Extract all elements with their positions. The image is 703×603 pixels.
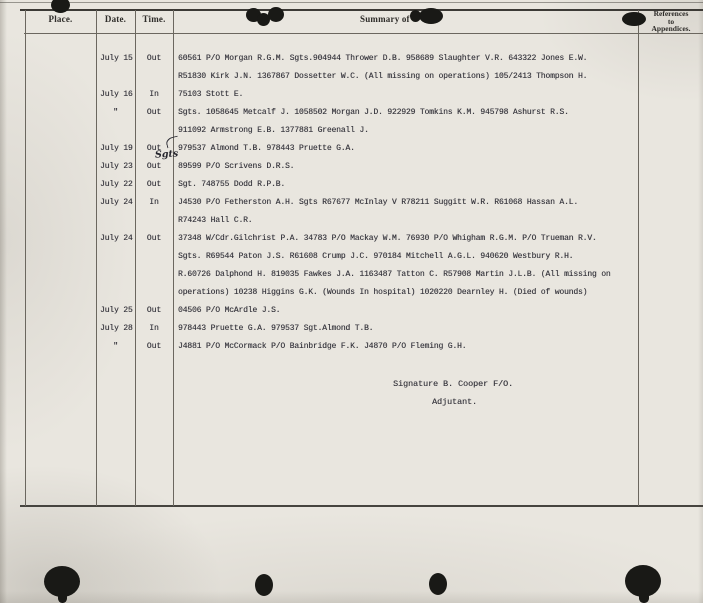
entry-date-cell: July 22 <box>100 176 134 194</box>
entry-text-line: 89599 P/O Scrivens D.R.S. <box>178 158 703 176</box>
punch-hole-stain <box>58 593 67 603</box>
adjutant-line: Adjutant. <box>432 397 477 407</box>
entry-summary: 979537 Almond T.B. 978443 Pruette G.A. <box>178 140 703 158</box>
entry-time-cell: Out <box>135 104 173 122</box>
entry-text-line: 75103 Stott E. <box>178 86 703 104</box>
entry-summary: 89599 P/O Scrivens D.R.S. <box>178 158 703 176</box>
entry-row: July 28In978443 Pruette G.A. 979537 Sgt.… <box>0 320 703 338</box>
entry-date-cell: " <box>96 104 135 122</box>
entry-text-line: R51830 Kirk J.N. 1367867 Dossetter W.C. … <box>178 68 703 86</box>
table-border-top <box>20 9 703 11</box>
entry-summary: 37348 W/Cdr.Gilchrist P.A. 34783 P/O Mac… <box>178 230 703 302</box>
entry-text-line: 978443 Pruette G.A. 979537 Sgt.Almond T.… <box>178 320 703 338</box>
entry-text-line: R74243 Hall C.R. <box>178 212 703 230</box>
entry-summary: 04506 P/O McArdle J.S. <box>178 302 703 320</box>
entry-row: July 23Out89599 P/O Scrivens D.R.S. <box>0 158 703 176</box>
entry-row: July 22OutSgt. 748755 Dodd R.P.B. <box>0 176 703 194</box>
entry-date-cell: July 24 <box>100 194 134 212</box>
entry-date-cell: July 23 <box>100 158 134 176</box>
table-border-bottom <box>20 505 703 507</box>
column-header-time: Time. <box>135 14 173 24</box>
entries: July 15Out60561 P/O Morgan R.G.M. Sgts.9… <box>0 50 703 356</box>
entry-row: July 16In75103 Stott E. <box>0 86 703 104</box>
entry-time-cell: Out <box>135 50 173 68</box>
entry-time-cell: Out <box>135 230 173 248</box>
entry-text-line: operations) 10238 Higgins G.K. (Wounds I… <box>178 284 703 302</box>
entry-date-cell: July 25 <box>100 302 134 320</box>
entry-text-line: J4530 P/O Fetherston A.H. Sgts R67677 Mc… <box>178 194 703 212</box>
entry-text-line: Sgt. 748755 Dodd R.P.B. <box>178 176 703 194</box>
column-header-summary: Summary of <box>360 14 410 24</box>
entry-time-cell: Out <box>135 158 173 176</box>
entry-row: July 24InJ4530 P/O Fetherston A.H. Sgts … <box>0 194 703 230</box>
entry-summary: J4530 P/O Fetherston A.H. Sgts R67677 Mc… <box>178 194 703 230</box>
entry-row: "OutSgts. 1058645 Metcalf J. 1058502 Mor… <box>0 104 703 140</box>
entry-row: July 24Out37348 W/Cdr.Gilchrist P.A. 347… <box>0 230 703 302</box>
entry-summary: 60561 P/O Morgan R.G.M. Sgts.904944 Thro… <box>178 50 703 86</box>
entry-date-cell: July 24 <box>100 230 134 248</box>
entry-date-cell: " <box>96 338 135 356</box>
entry-date-cell: July 16 <box>100 86 134 104</box>
entry-row: SgtsJuly 19Out979537 Almond T.B. 978443 … <box>0 140 703 158</box>
punch-hole-stain <box>255 574 273 596</box>
entry-row: July 25Out04506 P/O McArdle J.S. <box>0 302 703 320</box>
ink-blot <box>622 12 646 26</box>
entry-row: July 15Out60561 P/O Morgan R.G.M. Sgts.9… <box>0 50 703 86</box>
entry-text-line: R.60726 Dalphond H. 819035 Fawkes J.A. 1… <box>178 266 703 284</box>
scanned-record-page: Place. Date. Time. Summary of References… <box>0 0 703 603</box>
entry-time-cell: Out <box>135 302 173 320</box>
ink-blot <box>51 0 70 13</box>
entry-time-cell: In <box>135 86 173 104</box>
entry-summary: 75103 Stott E. <box>178 86 703 104</box>
punch-hole-stain <box>429 573 447 595</box>
entry-time-cell: Out <box>135 140 173 158</box>
entry-text-line: 979537 Almond T.B. 978443 Pruette G.A. <box>178 140 703 158</box>
entry-time-cell: Out <box>135 338 173 356</box>
signature-line: Signature B. Cooper F/O. <box>393 379 513 389</box>
entry-time-cell: In <box>135 320 173 338</box>
entry-text-line: 911092 Armstrong E.B. 1377881 Greenall J… <box>178 122 703 140</box>
ink-blot <box>419 8 443 24</box>
entry-time-cell: In <box>135 194 173 212</box>
punch-hole-stain <box>639 593 649 603</box>
entry-text-line: 60561 P/O Morgan R.G.M. Sgts.904944 Thro… <box>178 50 703 68</box>
ink-blot <box>268 7 284 22</box>
entry-date-cell: July 15 <box>100 50 134 68</box>
references-word-3: Appendices. <box>639 25 703 33</box>
column-header-date: Date. <box>96 14 135 24</box>
entry-time-cell: Out <box>135 176 173 194</box>
entry-summary: Sgt. 748755 Dodd R.P.B. <box>178 176 703 194</box>
entry-row: "OutJ4881 P/O McCormack P/O Bainbridge F… <box>0 338 703 356</box>
paper-edge-line <box>0 2 703 3</box>
entry-summary: Sgts. 1058645 Metcalf J. 1058502 Morgan … <box>178 104 703 140</box>
column-header-references: References to Appendices. <box>639 10 703 33</box>
entry-text-line: Sgts. R69544 Paton J.S. R61608 Crump J.C… <box>178 248 703 266</box>
entry-text-line: 04506 P/O McArdle J.S. <box>178 302 703 320</box>
entry-text-line: J4881 P/O McCormack P/O Bainbridge F.K. … <box>178 338 703 356</box>
entry-date-cell: July 28 <box>100 320 134 338</box>
entry-summary: J4881 P/O McCormack P/O Bainbridge F.K. … <box>178 338 703 356</box>
table-header-rule <box>24 33 703 34</box>
entry-date-cell: July 19 <box>100 140 134 158</box>
entry-summary: 978443 Pruette G.A. 979537 Sgt.Almond T.… <box>178 320 703 338</box>
entry-text-line: Sgts. 1058645 Metcalf J. 1058502 Morgan … <box>178 104 703 122</box>
column-header-place: Place. <box>25 14 96 24</box>
entry-text-line: 37348 W/Cdr.Gilchrist P.A. 34783 P/O Mac… <box>178 230 703 248</box>
